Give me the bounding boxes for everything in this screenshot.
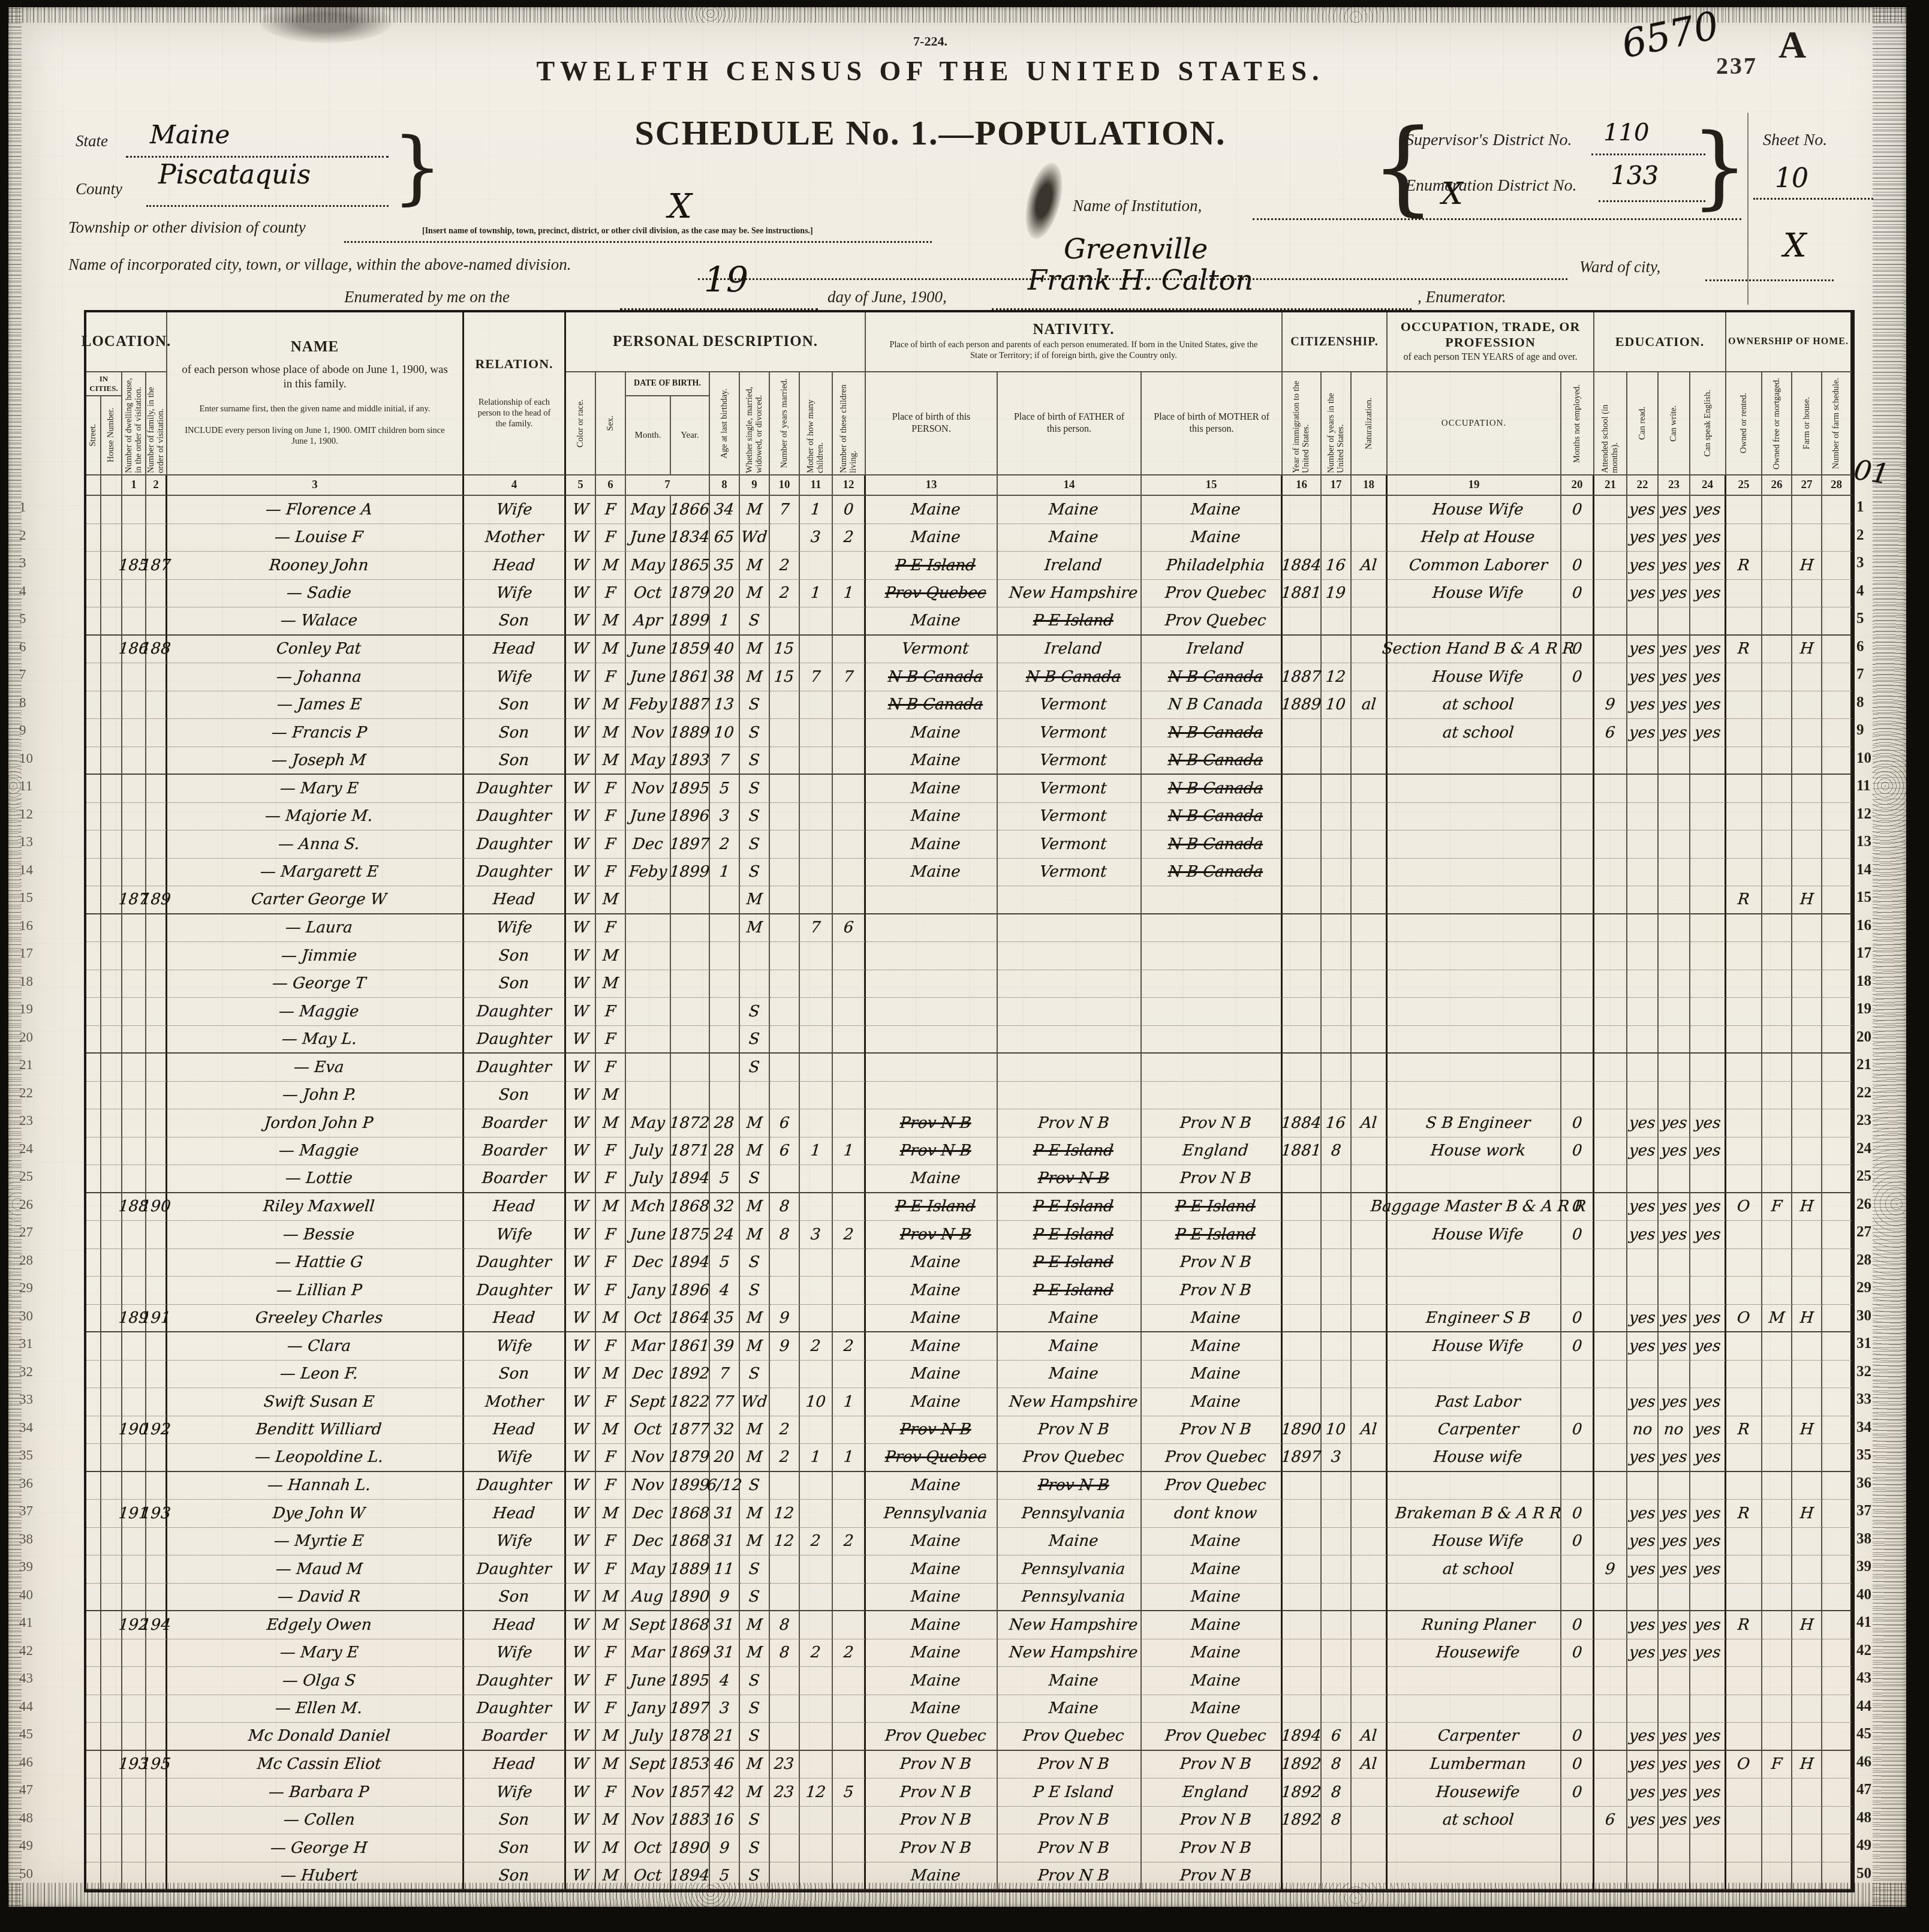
value-cl: 1	[842, 584, 854, 602]
cell-pb-line-1: Maine	[866, 496, 998, 524]
header-year: Year.	[671, 396, 710, 476]
cell-st-line-37	[86, 1500, 101, 1528]
cell-cr-line-8: yes	[1627, 691, 1659, 720]
cell-ce-line-2: yes	[1690, 524, 1726, 552]
cell-oc-line-44	[1388, 1695, 1561, 1723]
value-mo: Mar	[631, 1337, 665, 1355]
cell-mn-line-29	[1561, 1277, 1594, 1305]
cell-mc-line-32	[800, 1361, 833, 1389]
cell-ms-line-43: S	[740, 1667, 770, 1695]
cell-ce-line-38: yes	[1690, 1528, 1726, 1556]
cell-pf-line-26: P E Island	[998, 1193, 1142, 1221]
cell-co-line-26: W	[566, 1193, 596, 1221]
value-cw: yes	[1660, 1197, 1687, 1215]
cell-im-line-14	[1283, 859, 1322, 887]
value-sx: F	[604, 1337, 617, 1355]
value-pm: Maine	[1190, 1560, 1241, 1578]
cell-yr-line-45: 1878	[671, 1723, 710, 1751]
cell-cr-line-3: yes	[1627, 552, 1659, 580]
cell-fh-line-35	[1792, 1444, 1822, 1472]
cell-of-line-19	[1762, 998, 1792, 1026]
value-of: F	[1771, 1755, 1783, 1773]
value-im: 1881	[1281, 584, 1322, 602]
cell-st-line-49	[86, 1834, 101, 1862]
cell-fh-line-17	[1792, 942, 1822, 970]
column-number: 12	[833, 476, 866, 496]
cell-ce-line-22	[1690, 1082, 1726, 1110]
cell-st-line-23	[86, 1109, 101, 1137]
cell-sx-line-23: M	[596, 1109, 626, 1137]
value-cw: yes	[1660, 1337, 1687, 1355]
value-sx: F	[604, 501, 617, 519]
cell-yu-line-25	[1322, 1165, 1352, 1193]
value-ag: 9	[718, 1839, 730, 1857]
value-cw: yes	[1660, 668, 1687, 686]
cell-ms-line-39: S	[740, 1555, 770, 1584]
cell-ag-line-24: 28	[710, 1137, 740, 1166]
line-number-left: 11	[19, 772, 58, 801]
cell-ms-line-37: M	[740, 1500, 770, 1528]
city-label: Name of incorporated city, town, or vill…	[68, 255, 571, 274]
cell-ms-line-22	[740, 1082, 770, 1110]
value-sx: M	[601, 1504, 619, 1522]
cell-co-line-25: W	[566, 1165, 596, 1193]
value-im: 1890	[1281, 1421, 1322, 1439]
value-or: R	[1737, 556, 1750, 574]
value-sc: 6	[1605, 724, 1616, 742]
value-cw: yes	[1660, 1616, 1687, 1634]
cell-mn-line-24: 0	[1561, 1137, 1594, 1166]
value-ce: yes	[1693, 1114, 1721, 1132]
cell-st-line-14	[86, 859, 101, 887]
value-ag: 32	[714, 1421, 735, 1439]
cell-or-line-4	[1726, 580, 1762, 608]
cell-fh-line-25	[1792, 1165, 1822, 1193]
header-can-read: Can read.	[1627, 372, 1659, 476]
cell-mc-line-12	[800, 803, 833, 831]
value-pf: Maine	[1048, 1337, 1099, 1355]
value-pm: England	[1182, 1783, 1249, 1801]
cell-mn-line-5	[1561, 607, 1594, 636]
cell-yr-line-10: 1893	[671, 747, 710, 775]
cell-mc-line-37	[800, 1500, 833, 1528]
cell-dw-line-24	[122, 1137, 146, 1166]
cell-pf-line-18	[998, 970, 1142, 998]
cell-re-line-29: Daughter	[464, 1277, 566, 1305]
cell-yr-line-31: 1861	[671, 1332, 710, 1361]
cell-na-line-29	[1352, 1277, 1388, 1305]
cell-fa-line-33	[146, 1388, 167, 1416]
cell-nm-line-44: — Ellen M.	[167, 1695, 464, 1723]
value-yr: 1879	[669, 1448, 711, 1466]
cell-yu-line-39	[1322, 1555, 1352, 1584]
line-number-left: 44	[19, 1693, 58, 1721]
value-yr: 1879	[669, 584, 711, 602]
header-occupation: OCCUPATION, TRADE, OR PROFESSION of each…	[1388, 312, 1594, 372]
cell-co-line-6: W	[566, 636, 596, 664]
cell-pm-line-47: England	[1142, 1778, 1283, 1807]
value-cw: yes	[1660, 584, 1687, 602]
value-ym: 2	[778, 1448, 790, 1466]
cell-fs-line-26	[1822, 1193, 1852, 1221]
value-re: Wife	[495, 1783, 532, 1801]
cell-nm-line-14: — Margarett E	[167, 859, 464, 887]
line-number-right: 15	[1856, 884, 1889, 912]
cell-yr-line-2: 1834	[671, 524, 710, 552]
value-pb: Maine	[910, 780, 961, 798]
header-citizenship: CITIZENSHIP.	[1283, 312, 1388, 372]
cell-re-line-34: Head	[464, 1416, 566, 1445]
header-age: Age at last birthday.	[710, 372, 740, 476]
value-co: W	[571, 1197, 589, 1215]
value-re: Head	[492, 1504, 536, 1522]
cell-cw-line-6: yes	[1659, 636, 1690, 664]
cell-cr-line-35: yes	[1627, 1444, 1659, 1472]
cell-yr-line-11: 1895	[671, 775, 710, 803]
cell-cl-line-19	[833, 998, 866, 1026]
line-number-left: 37	[19, 1497, 58, 1525]
line-number-left: 35	[19, 1442, 58, 1470]
cell-ms-line-2: Wd	[740, 524, 770, 552]
value-pf: New Hampshire	[1009, 1616, 1139, 1634]
cell-fh-line-15: H	[1792, 886, 1822, 914]
cell-mo-line-32: Dec	[626, 1361, 671, 1389]
cell-sx-line-9: M	[596, 719, 626, 747]
cell-sc-line-45	[1594, 1723, 1627, 1751]
cell-cr-line-6: yes	[1627, 636, 1659, 664]
cell-pf-line-45: Prov Quebec	[998, 1723, 1142, 1751]
cell-pm-line-37: dont know	[1142, 1500, 1283, 1528]
value-pb: Maine	[910, 1588, 961, 1606]
value-pm: Maine	[1190, 1309, 1241, 1327]
cell-of-line-9	[1762, 719, 1792, 747]
value-pf: P E Island	[1033, 612, 1114, 630]
cell-ms-line-28: S	[740, 1249, 770, 1277]
cell-ag-line-46: 46	[710, 1751, 740, 1779]
value-co: W	[571, 1114, 589, 1132]
cell-dw-line-48	[122, 1807, 146, 1835]
cell-st-line-29	[86, 1277, 101, 1305]
column-number: 26	[1762, 476, 1792, 496]
nativity-title: NATIVITY.	[1033, 321, 1114, 338]
cell-mc-line-17	[800, 942, 833, 970]
cell-yu-line-45: 6	[1322, 1723, 1352, 1751]
cell-yr-line-9: 1889	[671, 719, 710, 747]
cell-sc-line-1	[1594, 496, 1627, 524]
cell-yu-line-11	[1322, 775, 1352, 803]
value-co: W	[571, 751, 589, 769]
value-ce: yes	[1693, 1421, 1721, 1439]
cell-or-line-48	[1726, 1807, 1762, 1835]
value-pf: Pennsylvania	[1021, 1560, 1126, 1578]
cell-yu-line-29	[1322, 1277, 1352, 1305]
cell-yu-line-27	[1322, 1221, 1352, 1249]
cell-re-line-50: Son	[464, 1862, 566, 1891]
value-nm: — Olga S	[282, 1672, 357, 1690]
value-ce: yes	[1693, 1309, 1721, 1327]
cell-yu-line-28	[1322, 1249, 1352, 1277]
cell-mo-line-9: Nov	[626, 719, 671, 747]
cell-ms-line-33: Wd	[740, 1388, 770, 1416]
cell-ag-line-39: 11	[710, 1555, 740, 1584]
cell-nm-line-35: — Leopoldine L.	[167, 1444, 464, 1472]
cell-yu-line-14	[1322, 859, 1352, 887]
value-pb: Prov Quebec	[884, 1448, 986, 1466]
cell-mn-line-33	[1561, 1388, 1594, 1416]
value-cl: 6	[842, 919, 854, 937]
value-re: Daughter	[476, 1560, 552, 1578]
value-mo: Oct	[633, 584, 663, 602]
cell-of-line-24	[1762, 1137, 1792, 1166]
value-ms: M	[745, 1504, 763, 1522]
cell-oc-line-9: at school	[1388, 719, 1561, 747]
cell-cr-line-9: yes	[1627, 719, 1659, 747]
line-number-right: 33	[1856, 1386, 1889, 1414]
cell-st-line-48	[86, 1807, 101, 1835]
cell-hn-line-29	[101, 1277, 122, 1305]
cell-sx-line-24: F	[596, 1137, 626, 1166]
value-im: 1889	[1281, 696, 1322, 714]
cell-cl-line-40	[833, 1584, 866, 1612]
column-number: 27	[1792, 476, 1822, 496]
value-re: Head	[492, 640, 536, 658]
cell-dw-line-44	[122, 1695, 146, 1723]
cell-cl-line-28	[833, 1249, 866, 1277]
value-ag: 1	[718, 863, 730, 881]
cell-mn-line-17	[1561, 942, 1594, 970]
cell-sc-line-13	[1594, 830, 1627, 859]
header-nativity: NATIVITY. Place of birth of each person …	[866, 312, 1283, 372]
cell-or-line-10	[1726, 747, 1762, 775]
value-or: R	[1737, 1616, 1750, 1634]
value-nm: — Leon F.	[279, 1365, 359, 1383]
cell-mc-line-26	[800, 1193, 833, 1221]
value-nm: — George T	[272, 974, 367, 992]
header-can-speak-english: Can speak English.	[1690, 372, 1726, 476]
cell-hn-line-49	[101, 1834, 122, 1862]
value-oc: House Wife	[1432, 584, 1524, 602]
line-number-left: 40	[19, 1581, 58, 1609]
cell-pf-line-35: Prov Quebec	[998, 1444, 1142, 1472]
cell-na-line-49	[1352, 1834, 1388, 1862]
cell-fs-line-38	[1822, 1528, 1852, 1556]
cell-hn-line-12	[101, 803, 122, 831]
value-mo: Nov	[631, 724, 665, 742]
cell-cw-line-4: yes	[1659, 580, 1690, 608]
cell-cw-line-8: yes	[1659, 691, 1690, 720]
cell-st-line-36	[86, 1472, 101, 1500]
cell-ym-line-28	[770, 1249, 800, 1277]
cell-mo-line-48: Nov	[626, 1807, 671, 1835]
value-sx: F	[604, 1253, 617, 1271]
cell-na-line-48	[1352, 1807, 1388, 1835]
value-mo: June	[630, 640, 667, 658]
value-yr: 1897	[669, 1699, 711, 1717]
cell-cl-line-27: 2	[833, 1221, 866, 1249]
value-pf: P E Island	[1033, 1281, 1114, 1299]
cell-mn-line-1: 0	[1561, 496, 1594, 524]
value-cw: yes	[1660, 1727, 1687, 1745]
cell-of-line-27	[1762, 1221, 1792, 1249]
line-number-left: 6	[19, 633, 58, 661]
value-nm: — Walace	[280, 612, 359, 630]
cell-yu-line-1	[1322, 496, 1352, 524]
value-re: Daughter	[476, 1281, 552, 1299]
cell-yu-line-10	[1322, 747, 1352, 775]
cell-mo-line-21	[626, 1054, 671, 1082]
cell-nm-line-50: — Hubert	[167, 1862, 464, 1891]
column-number: 17	[1322, 476, 1352, 496]
cell-co-line-43: W	[566, 1667, 596, 1695]
line-number-left: 32	[19, 1358, 58, 1386]
value-pf: P E Island	[1033, 1197, 1114, 1215]
cell-fh-line-29	[1792, 1277, 1822, 1305]
cell-co-line-10: W	[566, 747, 596, 775]
cell-ym-line-5	[770, 607, 800, 636]
cell-fa-line-37: 193	[146, 1500, 167, 1528]
cell-mc-line-22	[800, 1082, 833, 1110]
cell-pb-line-33: Maine	[866, 1388, 998, 1416]
value-pf: New Hampshire	[1009, 584, 1139, 602]
cell-oc-line-23: S B Engineer	[1388, 1109, 1561, 1137]
township-label: Township or other division of county	[68, 218, 306, 237]
cell-re-line-7: Wife	[464, 663, 566, 691]
cell-dw-line-32	[122, 1361, 146, 1389]
cell-mc-line-47: 12	[800, 1778, 833, 1807]
cell-hn-line-2	[101, 524, 122, 552]
value-yu: 8	[1330, 1142, 1341, 1160]
value-co: W	[571, 1309, 589, 1327]
cell-mc-line-25	[800, 1165, 833, 1193]
cell-fs-line-47	[1822, 1778, 1852, 1807]
cell-hn-line-13	[101, 830, 122, 859]
city-value: Greenville	[1064, 233, 1208, 265]
cell-fh-line-28	[1792, 1249, 1822, 1277]
cell-or-line-9	[1726, 719, 1762, 747]
cell-mn-line-35	[1561, 1444, 1594, 1472]
line-number-right: 23	[1856, 1107, 1889, 1135]
cell-ag-line-28: 5	[710, 1249, 740, 1277]
value-yr: 1868	[669, 1616, 711, 1634]
cell-na-line-7	[1352, 663, 1388, 691]
value-ce: yes	[1693, 1811, 1721, 1829]
cell-re-line-27: Wife	[464, 1221, 566, 1249]
cell-fa-line-12	[146, 803, 167, 831]
value-co: W	[571, 556, 589, 574]
cell-mo-line-30: Oct	[626, 1305, 671, 1333]
cell-mo-line-35: Nov	[626, 1444, 671, 1472]
cell-pf-line-8: Vermont	[998, 691, 1142, 720]
value-pm: dont know	[1173, 1504, 1258, 1522]
cell-cr-line-37: yes	[1627, 1500, 1659, 1528]
cell-mo-line-50: Oct	[626, 1862, 671, 1891]
cell-pb-line-7: N B Canada	[866, 663, 998, 691]
cell-cl-line-48	[833, 1807, 866, 1835]
value-ag: 10	[714, 724, 735, 742]
value-of: F	[1771, 1197, 1783, 1215]
cell-cr-line-4: yes	[1627, 580, 1659, 608]
cell-sx-line-5: M	[596, 607, 626, 636]
value-ms: M	[745, 1532, 763, 1550]
cell-ym-line-48	[770, 1807, 800, 1835]
column-number: 20	[1561, 476, 1594, 496]
value-sx: F	[604, 1030, 617, 1048]
cell-co-line-46: W	[566, 1751, 596, 1779]
cell-dw-line-40	[122, 1584, 146, 1612]
cell-oc-line-18	[1388, 970, 1561, 998]
cell-fa-line-21	[146, 1054, 167, 1082]
cell-re-line-4: Wife	[464, 580, 566, 608]
enumerator-name: Frank H. Calton	[1028, 264, 1253, 296]
value-co: W	[571, 1421, 589, 1439]
cell-ag-line-38: 31	[710, 1528, 740, 1556]
value-ce: yes	[1693, 1393, 1721, 1411]
cell-yr-line-20	[671, 1026, 710, 1054]
cell-hn-line-43	[101, 1667, 122, 1695]
cell-im-line-38	[1283, 1528, 1322, 1556]
cell-or-line-36	[1726, 1472, 1762, 1500]
line-number-left: 23	[19, 1107, 58, 1135]
value-oc: Runing Planer	[1421, 1616, 1536, 1634]
cell-dw-line-39	[122, 1555, 146, 1584]
cell-pf-line-38: Maine	[998, 1528, 1142, 1556]
cell-ag-line-26: 32	[710, 1193, 740, 1221]
cell-yr-line-34: 1877	[671, 1416, 710, 1445]
cell-st-line-46	[86, 1751, 101, 1779]
cell-na-line-8: al	[1352, 691, 1388, 720]
cell-ce-line-15	[1690, 886, 1726, 914]
value-ms: M	[745, 1142, 763, 1160]
cell-nm-line-40: — David R	[167, 1584, 464, 1612]
cell-im-line-26	[1283, 1193, 1322, 1221]
cell-fs-line-48	[1822, 1807, 1852, 1835]
value-mo: Dec	[632, 835, 664, 853]
value-sx: F	[604, 1560, 617, 1578]
cell-ag-line-31: 39	[710, 1332, 740, 1361]
cell-hn-line-22	[101, 1082, 122, 1110]
cell-cw-line-34: no	[1659, 1416, 1690, 1445]
header-farm-schedule: Number of farm schedule.	[1822, 372, 1852, 476]
cell-oc-line-43	[1388, 1667, 1561, 1695]
cell-fa-line-25	[146, 1165, 167, 1193]
cell-pb-line-44: Maine	[866, 1695, 998, 1723]
cell-fs-line-18	[1822, 970, 1852, 998]
value-mn: 0	[1571, 1727, 1582, 1745]
cell-or-line-30: O	[1726, 1305, 1762, 1333]
value-re: Wife	[495, 1226, 532, 1244]
value-ag: 7	[718, 751, 730, 769]
cell-co-line-13: W	[566, 830, 596, 859]
cell-dw-line-5	[122, 607, 146, 636]
value-ag: 2	[718, 835, 730, 853]
cell-co-line-9: W	[566, 719, 596, 747]
cell-ce-line-39: yes	[1690, 1555, 1726, 1584]
cell-ym-line-43	[770, 1667, 800, 1695]
cell-fh-line-11	[1792, 775, 1822, 803]
cell-sx-line-22: M	[596, 1082, 626, 1110]
value-cw: yes	[1660, 556, 1687, 574]
cell-ym-line-15	[770, 886, 800, 914]
cell-or-line-15: R	[1726, 886, 1762, 914]
cell-fh-line-30: H	[1792, 1305, 1822, 1333]
cell-re-line-1: Wife	[464, 496, 566, 524]
value-nm: — Maud M	[275, 1560, 363, 1578]
cell-co-line-14: W	[566, 859, 596, 887]
ward-value: X	[1783, 227, 1806, 264]
cell-mo-line-43: June	[626, 1667, 671, 1695]
cell-yu-line-5	[1322, 607, 1352, 636]
line-number-right: 3	[1856, 549, 1889, 577]
